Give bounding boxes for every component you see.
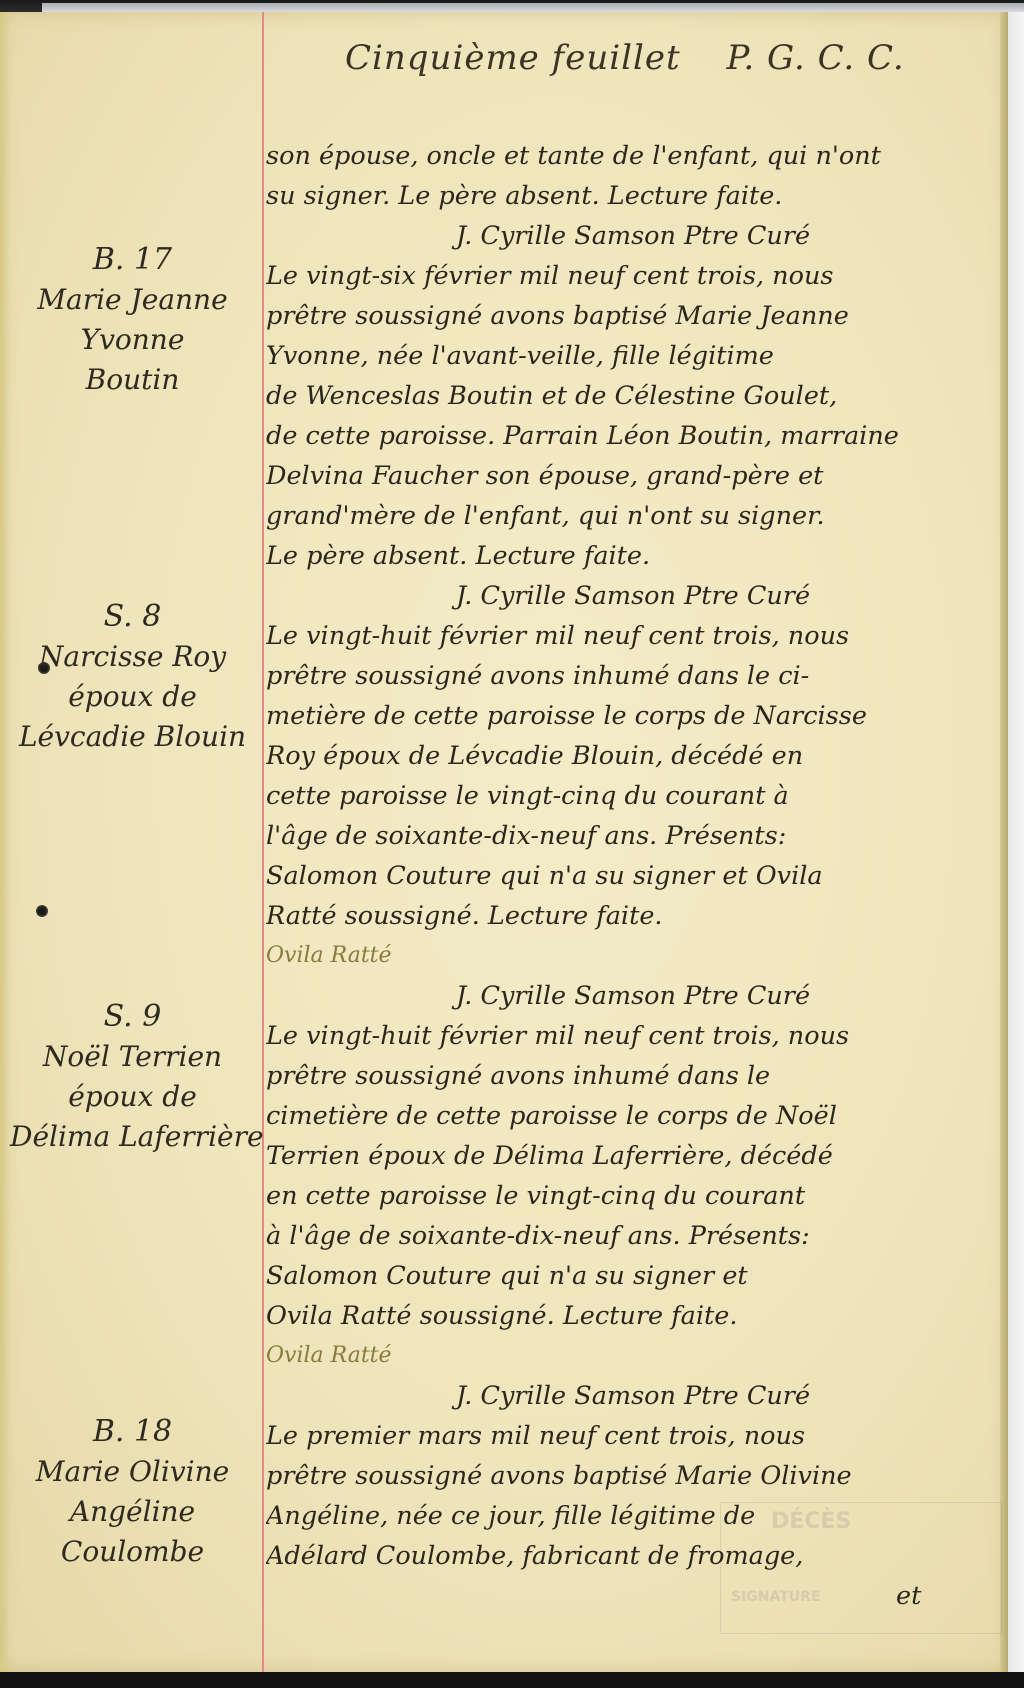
text-line: son épouse, oncle et tante de l'enfant, … <box>266 136 996 176</box>
entry-number: B. 18 <box>10 1412 255 1452</box>
binding-hole <box>36 905 48 917</box>
priest-signature: J. Cyrille Samson Ptre Curé <box>266 576 996 616</box>
text-line: Salomon Couture qui n'a su signer et <box>266 1256 996 1296</box>
text-line: Le premier mars mil neuf cent trois, nou… <box>266 1416 996 1456</box>
page-header-title: Cinquième feuillet <box>345 38 681 78</box>
text-line: l'âge de soixante-dix-neuf ans. Présents… <box>266 816 996 856</box>
text-line: Ovila Ratté soussigné. Lecture faite. <box>266 1296 996 1336</box>
text-line: Ratté soussigné. Lecture faite. <box>266 896 996 936</box>
text-line: Yvonne, née l'avant-veille, fille légiti… <box>266 336 996 376</box>
text-line: Le vingt-huit février mil neuf cent troi… <box>266 616 996 656</box>
text-line: grand'mère de l'enfant, qui n'ont su sig… <box>266 496 996 536</box>
text-line: Le père absent. Lecture faite. <box>266 536 996 576</box>
entry-name-line: Angéline <box>10 1492 255 1532</box>
text-line: et <box>266 1576 996 1616</box>
entry-number: S. 8 <box>10 597 255 637</box>
entry-name-line: Délima Laferrière <box>10 1117 255 1157</box>
text-line: metière de cette paroisse le corps de Na… <box>266 696 996 736</box>
entry-name-line: époux de <box>10 1077 255 1117</box>
priest-signature: J. Cyrille Samson Ptre Curé <box>266 216 996 256</box>
text-line: prêtre soussigné avons inhumé dans le <box>266 1056 996 1096</box>
entry-name-line: époux de <box>10 677 255 717</box>
text-line: en cette paroisse le vingt-cinq du coura… <box>266 1176 996 1216</box>
text-line: Angéline, née ce jour, fille légitime de <box>266 1496 996 1536</box>
text-line: cimetière de cette paroisse le corps de … <box>266 1096 996 1136</box>
text-line: à l'âge de soixante-dix-neuf ans. Présen… <box>266 1216 996 1256</box>
text-line: Adélard Coulombe, fabricant de fromage, <box>266 1536 996 1576</box>
text-line: su signer. Le père absent. Lecture faite… <box>266 176 996 216</box>
entry-name-line: Yvonne <box>10 320 255 360</box>
entry-name-line: Boutin <box>10 360 255 400</box>
witness-signature: Ovila Ratté <box>266 1336 996 1376</box>
entry-text-s9: Le vingt-huit février mil neuf cent troi… <box>266 1016 996 1416</box>
register-page: DÉCÈS SIGNATURE Cinquième feuillet P. G.… <box>0 12 1008 1672</box>
entry-name-line: Marie Jeanne <box>10 280 255 320</box>
entry-text-b18: Le premier mars mil neuf cent trois, nou… <box>266 1416 996 1616</box>
entry-name-line: Narcisse Roy <box>10 637 255 677</box>
continuation-text: son épouse, oncle et tante de l'enfant, … <box>266 136 996 256</box>
entry-name-line: Coulombe <box>10 1532 255 1572</box>
entry-name-line: Noël Terrien <box>10 1037 255 1077</box>
entry-label-s8: S. 8 Narcisse Roy époux de Lévcadie Blou… <box>10 597 255 757</box>
witness-signature: Ovila Ratté <box>266 936 996 976</box>
text-line: prêtre soussigné avons inhumé dans le ci… <box>266 656 996 696</box>
priest-signature: J. Cyrille Samson Ptre Curé <box>266 1376 996 1416</box>
scan-top-border <box>0 0 1024 12</box>
margin-rule <box>262 12 264 1672</box>
page-header: Cinquième feuillet P. G. C. C. <box>345 38 905 78</box>
entry-number: S. 9 <box>10 997 255 1037</box>
text-line: cette paroisse le vingt-cinq du courant … <box>266 776 996 816</box>
text-line: Le vingt-huit février mil neuf cent troi… <box>266 1016 996 1056</box>
entry-text-b17: Le vingt-six février mil neuf cent trois… <box>266 256 996 616</box>
text-line: Salomon Couture qui n'a su signer et Ovi… <box>266 856 996 896</box>
text-line: Le vingt-six février mil neuf cent trois… <box>266 256 996 296</box>
text-line: de Wenceslas Boutin et de Célestine Goul… <box>266 376 996 416</box>
entry-name-line: Lévcadie Blouin <box>10 717 255 757</box>
entry-name-line: Marie Olivine <box>10 1452 255 1492</box>
priest-signature: J. Cyrille Samson Ptre Curé <box>266 976 996 1016</box>
entry-text-s8: Le vingt-huit février mil neuf cent troi… <box>266 616 996 1016</box>
page-left-edge <box>0 12 10 1672</box>
scan-right-border <box>1008 12 1024 1672</box>
entry-label-b18: B. 18 Marie Olivine Angéline Coulombe <box>10 1412 255 1572</box>
entry-label-b17: B. 17 Marie Jeanne Yvonne Boutin <box>10 240 255 400</box>
page-right-edge <box>1000 12 1008 1672</box>
entry-label-s9: S. 9 Noël Terrien époux de Délima Laferr… <box>10 997 255 1157</box>
text-line: Terrien époux de Délima Laferrière, décé… <box>266 1136 996 1176</box>
text-line: prêtre soussigné avons baptisé Marie Oli… <box>266 1456 996 1496</box>
page-header-code: P. G. C. C. <box>726 38 904 78</box>
scan-bottom-border <box>0 1672 1024 1688</box>
entry-number: B. 17 <box>10 240 255 280</box>
text-line: prêtre soussigné avons baptisé Marie Jea… <box>266 296 996 336</box>
text-line: de cette paroisse. Parrain Léon Boutin, … <box>266 416 996 456</box>
text-line: Roy époux de Lévcadie Blouin, décédé en <box>266 736 996 776</box>
text-line: Delvina Faucher son épouse, grand-père e… <box>266 456 996 496</box>
